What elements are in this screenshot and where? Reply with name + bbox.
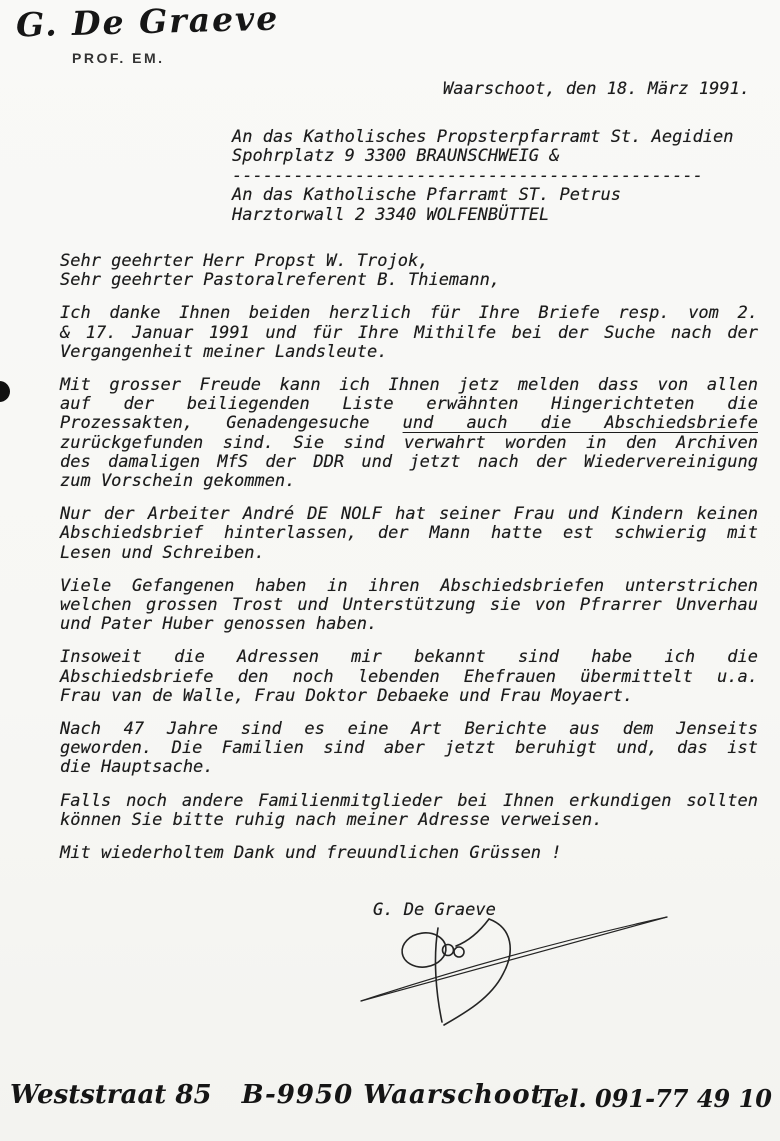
letter-line: Viele Gefangenen haben in ihren Abschied… xyxy=(60,577,758,596)
letterhead-name: G. De Graeve xyxy=(16,0,280,44)
paragraph: Nur der Arbeiter André DE NOLF hat seine… xyxy=(60,505,758,563)
letter-line: Sehr geehrter Herr Propst W. Trojok, xyxy=(60,252,758,271)
letter-line: Vergangenheit meiner Landsleute. xyxy=(60,343,758,362)
letter-line: und Pater Huber genossen haben. xyxy=(60,615,758,634)
recipient-block: An das Katholisches Propsterpfarramt St.… xyxy=(232,128,734,225)
closing-line: Mit wiederholtem Dank und freuundlichen … xyxy=(60,844,758,863)
letter-line: Ich danke Ihnen beiden herzlich für Ihre… xyxy=(60,304,758,323)
letter-line: Abschiedsbrief hinterlassen, der Mann ha… xyxy=(60,524,758,543)
letter-line: & 17. Januar 1991 und für Ihre Mithilfe … xyxy=(60,324,758,343)
letter-line: Sehr geehrter Pastoralreferent B. Thiema… xyxy=(60,271,758,290)
letter-body: Sehr geehrter Herr Propst W. Trojok, Seh… xyxy=(60,252,758,863)
letter-line: Prozessakten, Genadengesuche und auch di… xyxy=(60,414,758,433)
footer-phone: Tel. 091-77 49 10 xyxy=(539,1084,772,1113)
letter-line: die Hauptsache. xyxy=(60,758,758,777)
paragraph: Insoweit die Adressen mir bekannt sind h… xyxy=(60,648,758,706)
signature-flourish xyxy=(320,895,680,1055)
letter-line: zurückgefunden sind. Sie sind verwahrt w… xyxy=(60,434,758,453)
letter-line: des damaligen MfS der DDR und jetzt nach… xyxy=(60,453,758,472)
letter-line: Mit grosser Freude kann ich Ihnen jetz m… xyxy=(60,376,758,395)
letter-line: Nach 47 Jahre sind es eine Art Berichte … xyxy=(60,720,758,739)
footer-address: Weststraat 85 B-9950 Waarschoot xyxy=(10,1080,544,1110)
letter-line: welchen grossen Trost und Unterstützung … xyxy=(60,596,758,615)
letter-line: auf der beiliegenden Liste erwähnten Hin… xyxy=(60,395,758,414)
paragraph: Nach 47 Jahre sind es eine Art Berichte … xyxy=(60,720,758,778)
letter-line: Insoweit die Adressen mir bekannt sind h… xyxy=(60,648,758,667)
date-line: Waarschoot, den 18. März 1991. xyxy=(443,80,750,99)
hole-punch-mark xyxy=(0,381,10,402)
recipient-line: An das Katholisches Propsterpfarramt St.… xyxy=(232,128,734,147)
paragraph: Viele Gefangenen haben in ihren Abschied… xyxy=(60,577,758,635)
underlined-phrase: und auch die Abschiedsbriefe xyxy=(403,413,758,433)
letter-line-segment: Prozessakten, Genadengesuche xyxy=(60,413,403,433)
letter-line: Lesen und Schreiben. xyxy=(60,544,758,563)
letter-line: zum Vorschein gekommen. xyxy=(60,472,758,491)
footer-street: Weststraat 85 xyxy=(10,1080,212,1110)
recipient-divider: ----------------------------------------… xyxy=(232,167,734,186)
letter-line: Abschiedsbriefe den noch lebenden Ehefra… xyxy=(60,668,758,687)
footer-city: B-9950 Waarschoot xyxy=(242,1080,544,1110)
recipient-line: Spohrplatz 9 3300 BRAUNSCHWEIG & xyxy=(232,147,734,166)
letter-line: Falls noch andere Familienmitglieder bei… xyxy=(60,792,758,811)
paragraph: Ich danke Ihnen beiden herzlich für Ihre… xyxy=(60,304,758,362)
letter-line: Frau van de Walle, Frau Doktor Debaeke u… xyxy=(60,687,758,706)
letter-line: Nur der Arbeiter André DE NOLF hat seine… xyxy=(60,505,758,524)
letter-line: geworden. Die Familien sind aber jetzt b… xyxy=(60,739,758,758)
paragraph: Mit grosser Freude kann ich Ihnen jetz m… xyxy=(60,376,758,491)
recipient-line: An das Katholische Pfarramt ST. Petrus xyxy=(232,186,734,205)
salutation: Sehr geehrter Herr Propst W. Trojok, Seh… xyxy=(60,252,758,290)
letter-line: können Sie bitte ruhig nach meiner Adres… xyxy=(60,811,758,830)
letter-page: G. De Graeve PROF. EM. Waarschoot, den 1… xyxy=(0,0,780,1141)
paragraph: Falls noch andere Familienmitglieder bei… xyxy=(60,792,758,830)
letterhead-title: PROF. EM. xyxy=(72,50,165,66)
recipient-line: Harztorwall 2 3340 WOLFENBÜTTEL xyxy=(232,206,734,225)
